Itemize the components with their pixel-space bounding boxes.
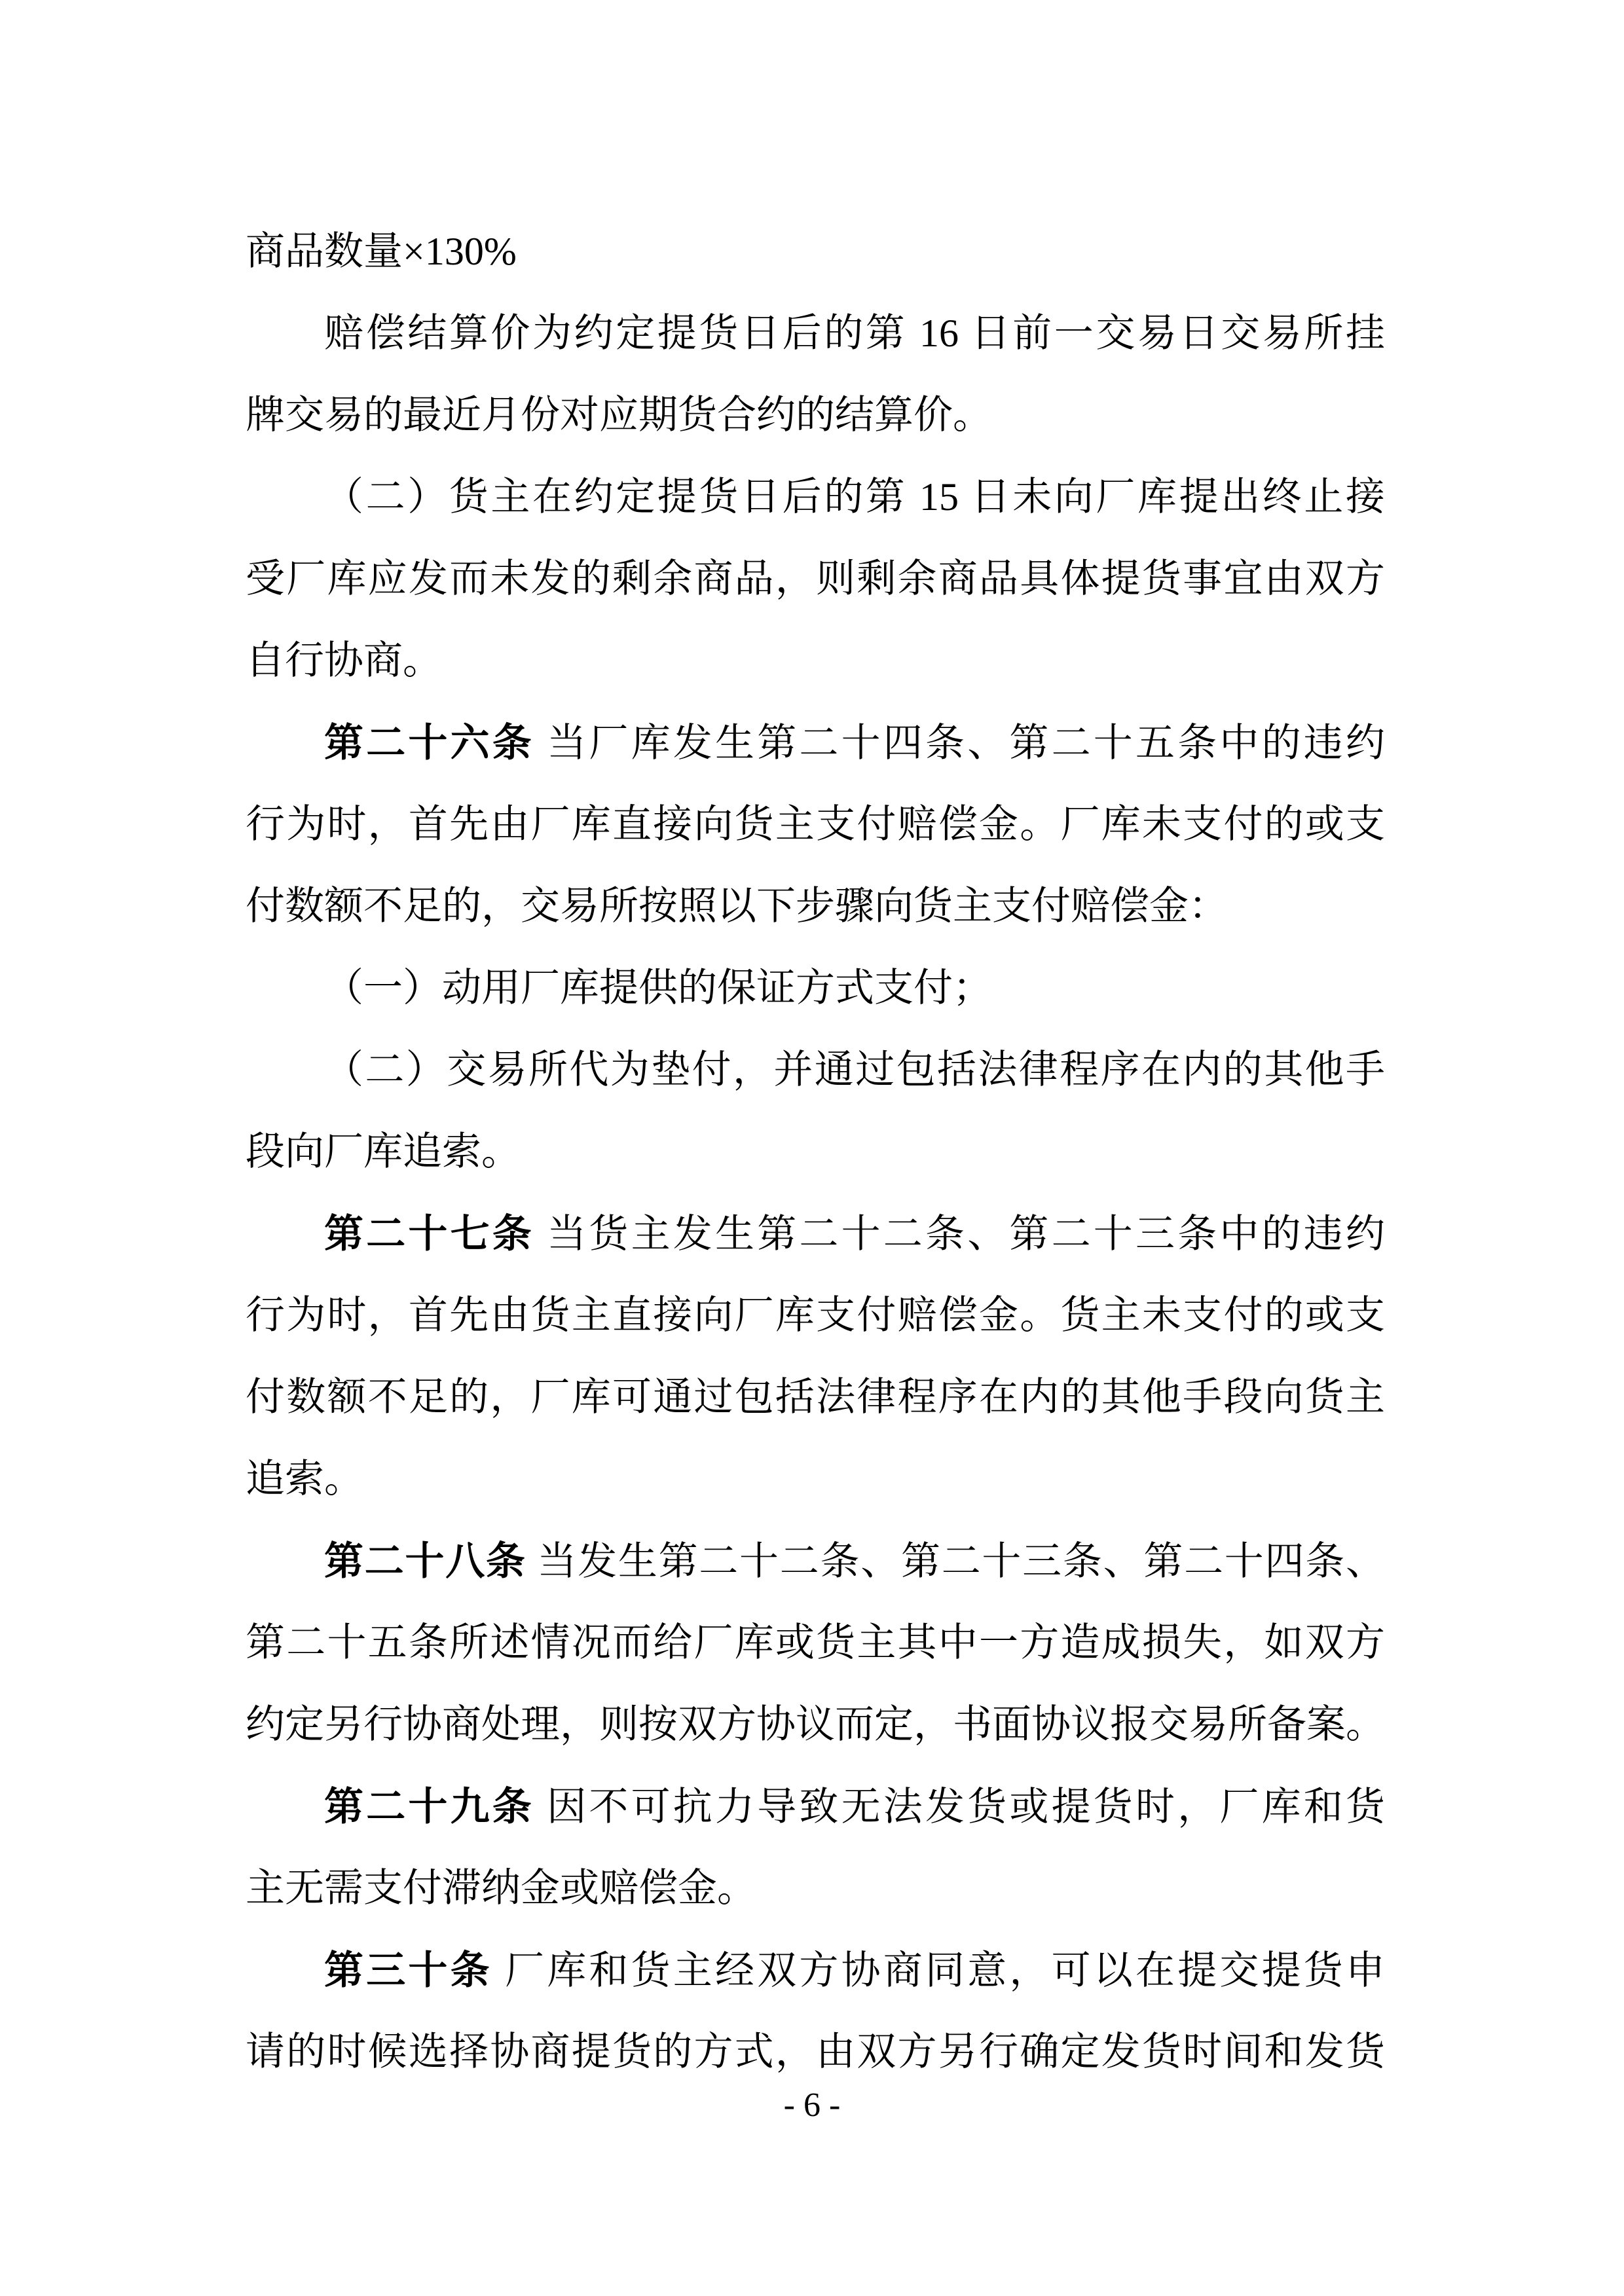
text-line: 第三十条 厂库和货主经双方协商同意，可以在提交提货申 bbox=[246, 1929, 1385, 2011]
text-segment: 第二十五条所述情况而给厂库或货主其中一方造成损失，如双方 bbox=[246, 1621, 1385, 1664]
text-line: 赔偿结算价为约定提货日后的第 16 日前一交易日交易所挂 bbox=[246, 293, 1385, 374]
article-number: 第二十八条 bbox=[324, 1539, 526, 1583]
article-number: 第二十九条 bbox=[324, 1785, 534, 1829]
text-line: 行为时，首先由货主直接向厂库支付赔偿金。货主未支付的或支 bbox=[246, 1275, 1385, 1357]
text-line: 第二十六条 当厂库发生第二十四条、第二十五条中的违约 bbox=[246, 702, 1385, 784]
text-line: 付数额不足的，厂库可通过包括法律程序在内的其他手段向货主 bbox=[246, 1357, 1385, 1438]
text-line: 追索。 bbox=[246, 1438, 1385, 1520]
article-number: 第二十六条 bbox=[324, 721, 534, 765]
article-number: 第二十七条 bbox=[324, 1212, 534, 1256]
text-segment: 受厂库应发而未发的剩余商品，则剩余商品具体提货事宜由双方 bbox=[246, 557, 1385, 600]
text-segment: 厂库和货主经双方协商同意，可以在提交提货申 bbox=[492, 1949, 1385, 1992]
page-footer: - 6 - bbox=[0, 2086, 1624, 2125]
text-segment: 牌交易的最近月份对应期货合约的结算价。 bbox=[246, 393, 992, 437]
text-segment: 付数额不足的，交易所按照以下步骤向货主支付赔偿金： bbox=[246, 884, 1228, 928]
text-segment: 赔偿结算价为约定提货日后的第 16 日前一交易日交易所挂 bbox=[324, 312, 1385, 355]
text-segment: 段向厂库追索。 bbox=[246, 1130, 521, 1173]
text-line: 付数额不足的，交易所按照以下步骤向货主支付赔偿金： bbox=[246, 866, 1385, 947]
text-line: 第二十九条 因不可抗力导致无法发货或提货时，厂库和货 bbox=[246, 1766, 1385, 1848]
text-segment: 当厂库发生第二十四条、第二十五条中的违约 bbox=[534, 721, 1385, 765]
text-line: （二）交易所代为垫付，并通过包括法律程序在内的其他手 bbox=[246, 1029, 1385, 1111]
text-line: （一）动用厂库提供的保证方式支付； bbox=[246, 947, 1385, 1029]
text-line: 段向厂库追索。 bbox=[246, 1111, 1385, 1193]
text-segment: 行为时，首先由厂库直接向货主支付赔偿金。厂库未支付的或支 bbox=[246, 803, 1385, 846]
text-line: 牌交易的最近月份对应期货合约的结算价。 bbox=[246, 374, 1385, 456]
text-line: 第二十八条 当发生第二十二条、第二十三条、第二十四条、 bbox=[246, 1520, 1385, 1602]
text-segment: 因不可抗力导致无法发货或提货时，厂库和货 bbox=[534, 1785, 1385, 1829]
document-page: 商品数量×130%赔偿结算价为约定提货日后的第 16 日前一交易日交易所挂牌交易… bbox=[0, 0, 1624, 2296]
text-segment: 追索。 bbox=[246, 1457, 363, 1501]
text-line: （二）货主在约定提货日后的第 15 日未向厂库提出终止接 bbox=[246, 456, 1385, 538]
text-segment: 自行协商。 bbox=[246, 639, 442, 682]
text-line: 请的时候选择协商提货的方式，由双方另行确定发货时间和发货 bbox=[246, 2011, 1385, 2093]
text-segment: 当发生第二十二条、第二十三条、第二十四条、 bbox=[526, 1540, 1385, 1583]
text-segment: 行为时，首先由货主直接向厂库支付赔偿金。货主未支付的或支 bbox=[246, 1294, 1385, 1337]
text-segment: 请的时候选择协商提货的方式，由双方另行确定发货时间和发货 bbox=[246, 2030, 1385, 2073]
text-segment: （二）交易所代为垫付，并通过包括法律程序在内的其他手 bbox=[324, 1048, 1385, 1091]
text-line: 自行协商。 bbox=[246, 620, 1385, 702]
text-line: 约定另行协商处理，则按双方协议而定，书面协议报交易所备案。 bbox=[246, 1684, 1385, 1766]
text-segment: 付数额不足的，厂库可通过包括法律程序在内的其他手段向货主 bbox=[246, 1376, 1385, 1419]
text-segment: （二）货主在约定提货日后的第 15 日未向厂库提出终止接 bbox=[324, 475, 1385, 519]
text-line: 受厂库应发而未发的剩余商品，则剩余商品具体提货事宜由双方 bbox=[246, 538, 1385, 620]
text-segment: （一）动用厂库提供的保证方式支付； bbox=[324, 966, 992, 1010]
document-lines: 商品数量×130%赔偿结算价为约定提货日后的第 16 日前一交易日交易所挂牌交易… bbox=[246, 211, 1385, 2093]
text-segment: 约定另行协商处理，则按双方协议而定，书面协议报交易所备案。 bbox=[246, 1703, 1385, 1746]
text-segment: 当货主发生第二十二条、第二十三条中的违约 bbox=[534, 1212, 1385, 1256]
text-segment: 主无需支付滞纳金或赔偿金。 bbox=[246, 1867, 756, 1910]
text-line: 商品数量×130% bbox=[246, 211, 1385, 293]
text-line: 第二十七条 当货主发生第二十二条、第二十三条中的违约 bbox=[246, 1193, 1385, 1275]
text-segment: 商品数量×130% bbox=[246, 230, 517, 273]
text-line: 主无需支付滞纳金或赔偿金。 bbox=[246, 1848, 1385, 1929]
text-line: 行为时，首先由厂库直接向货主支付赔偿金。厂库未支付的或支 bbox=[246, 784, 1385, 866]
article-number: 第三十条 bbox=[324, 1948, 492, 1992]
text-line: 第二十五条所述情况而给厂库或货主其中一方造成损失，如双方 bbox=[246, 1602, 1385, 1684]
